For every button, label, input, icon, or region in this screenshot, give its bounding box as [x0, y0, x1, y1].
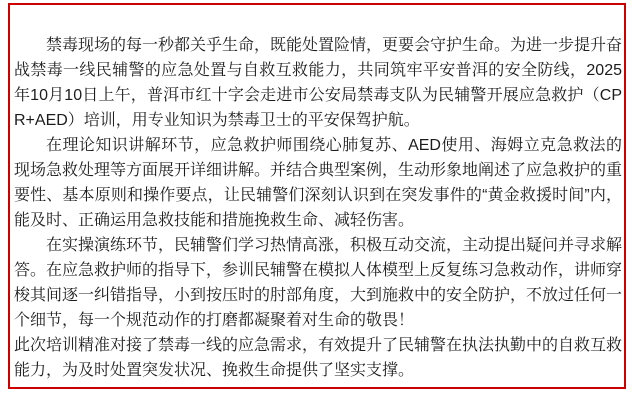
- paragraph-practice-session: 在实操演练环节，民辅警们学习热情高涨，积极互动交流，主动提出疑问并寻求解答。在应…: [14, 233, 622, 333]
- paragraph-intro: 禁毒现场的每一秒都关乎生命，既能处置险情，更要会守护生命。为进一步提升奋战禁毒一…: [14, 33, 622, 133]
- document-page: 禁毒现场的每一秒都关乎生命，既能处置险情，更要会守护生命。为进一步提升奋战禁毒一…: [8, 3, 626, 389]
- article-body: 禁毒现场的每一秒都关乎生命，既能处置险情，更要会守护生命。为进一步提升奋战禁毒一…: [14, 33, 622, 383]
- paragraph-theory-session: 在理论知识讲解环节，应急救护师围绕心肺复苏、AED使用、海姆立克急救法的现场急救…: [14, 133, 622, 233]
- paragraph-conclusion: 此次培训精准对接了禁毒一线的应急需求，有效提升了民辅警在执法执勤中的自救互救能力…: [14, 333, 622, 383]
